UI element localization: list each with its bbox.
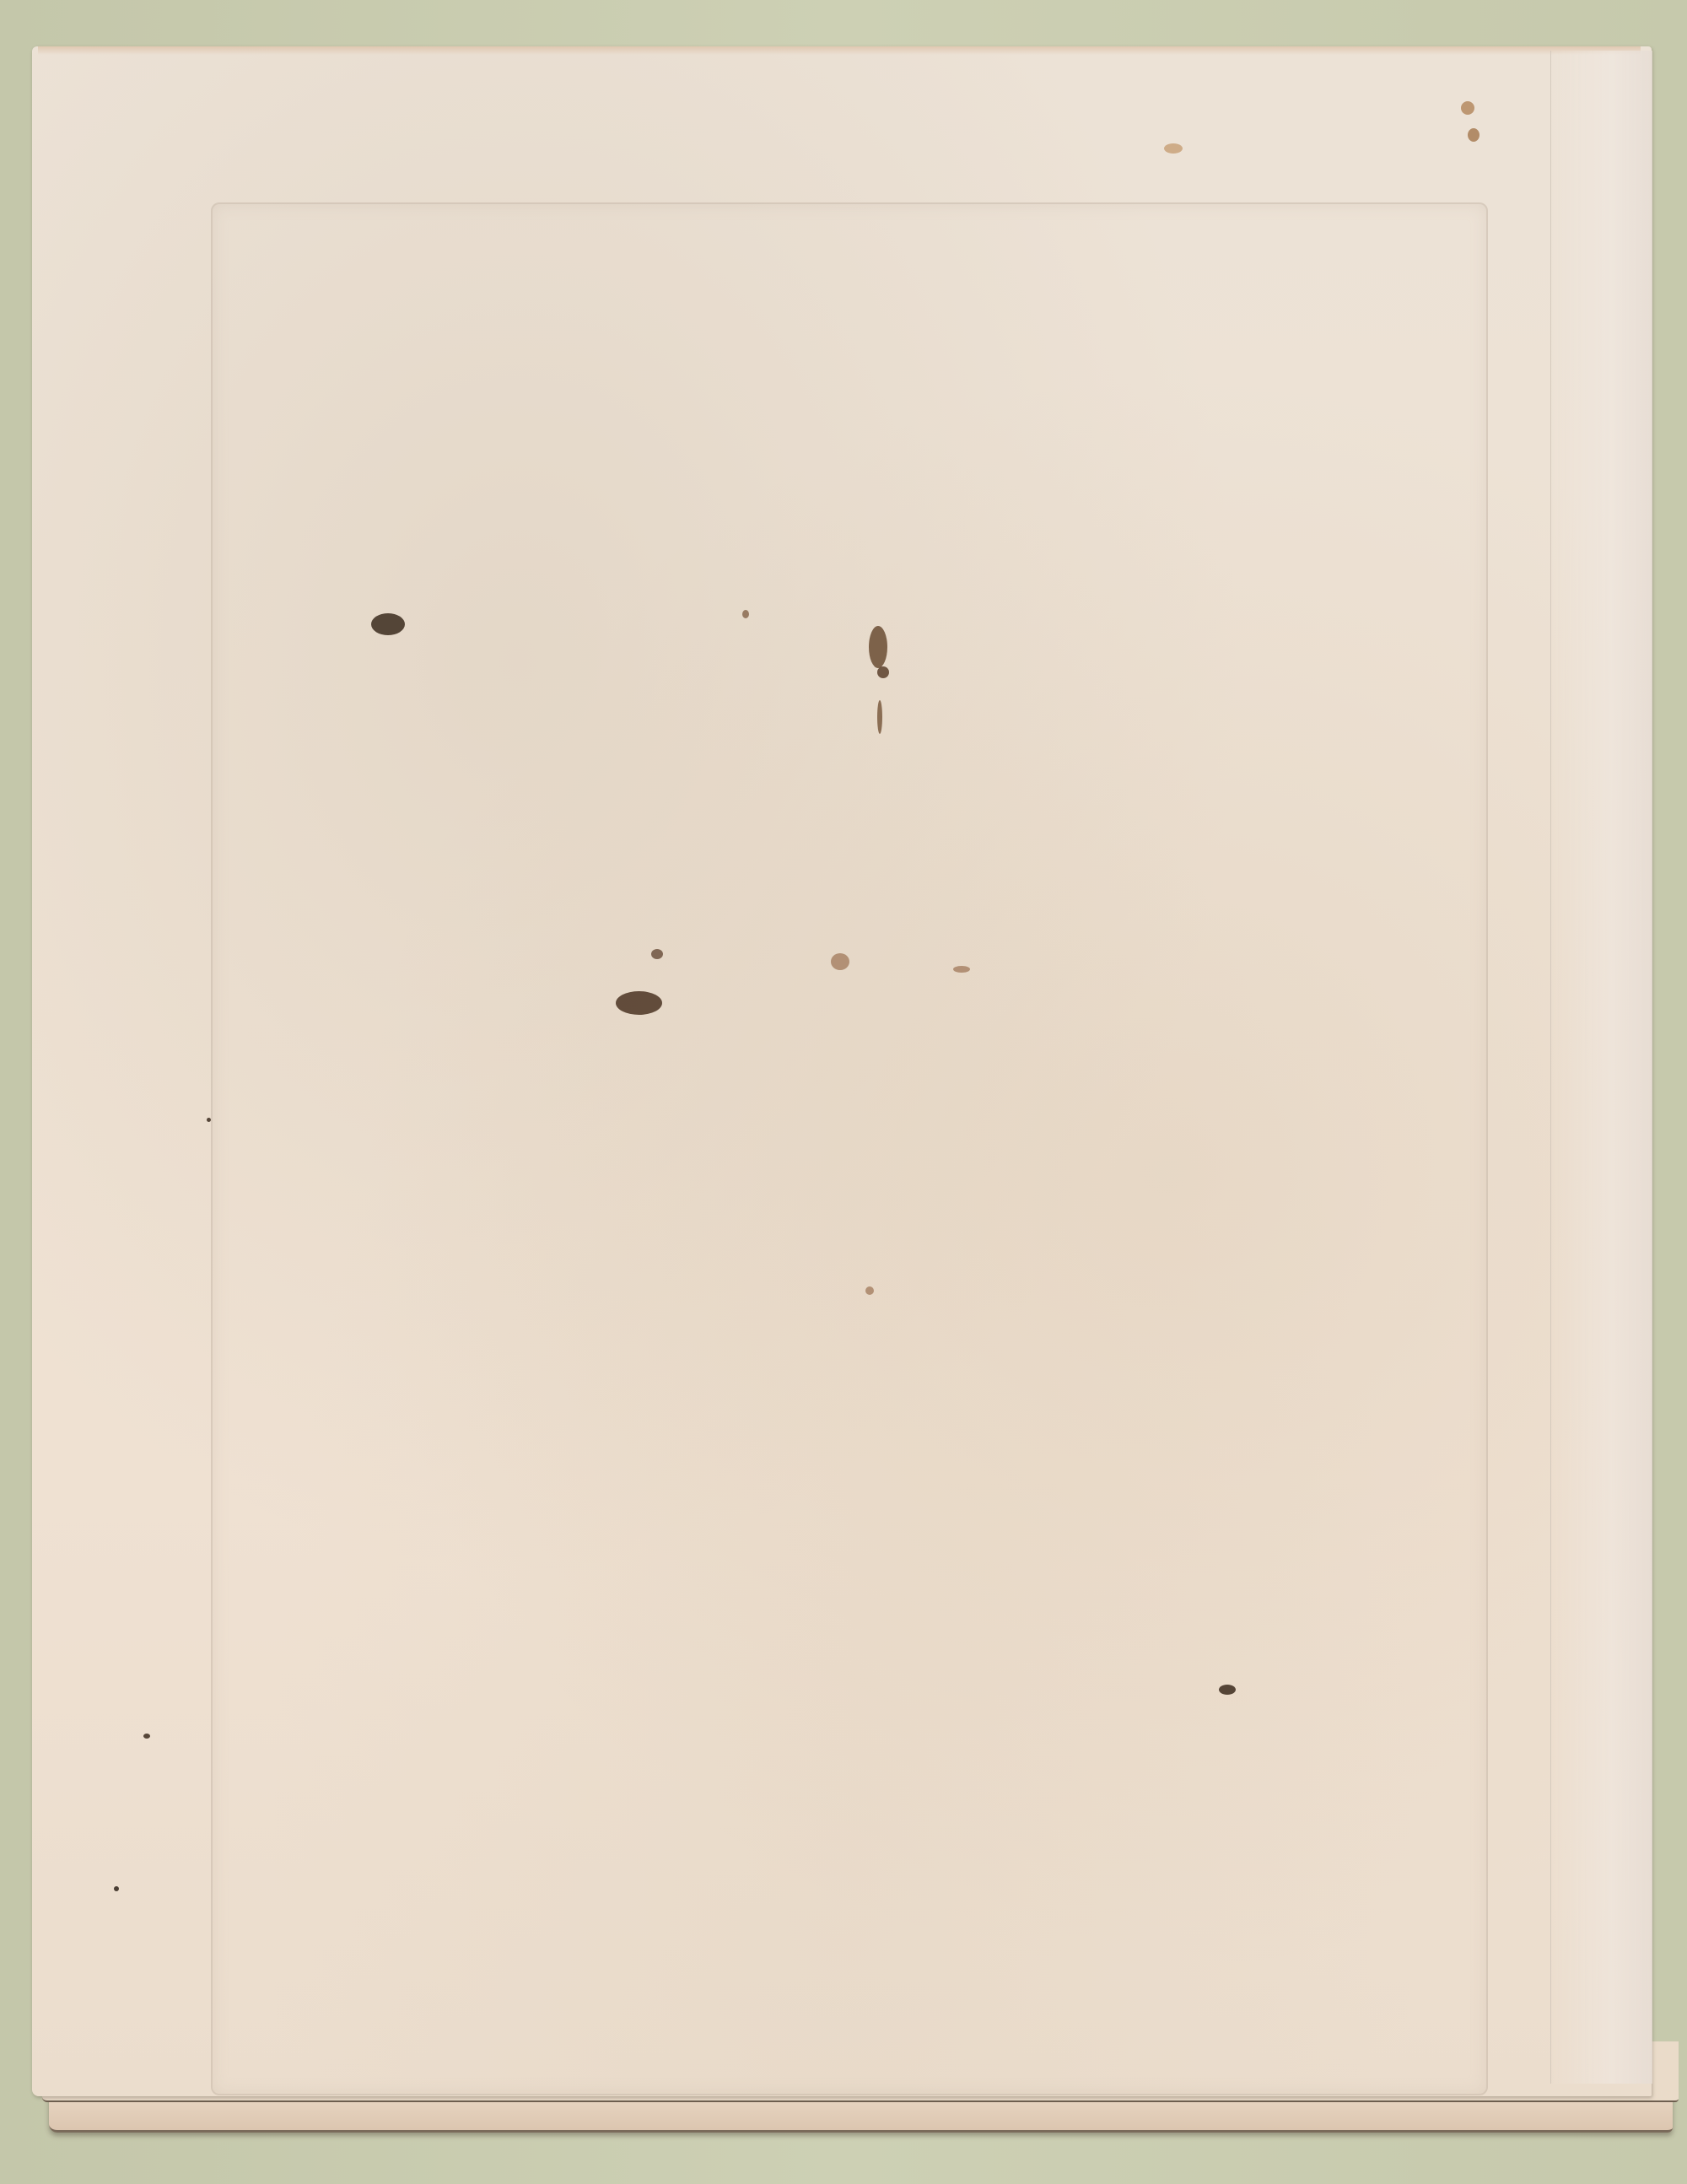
stain-spot	[877, 666, 889, 678]
stain-spot	[831, 953, 849, 970]
stain-spot	[616, 991, 662, 1015]
stain-spot	[1164, 143, 1183, 154]
stain-spot	[1461, 101, 1474, 115]
stain-spot	[869, 626, 887, 668]
plate-mark	[211, 202, 1488, 2095]
stain-spot	[742, 610, 749, 618]
leaf-right-margin-fold	[1550, 51, 1652, 2084]
stain-spot	[114, 1886, 119, 1891]
stain-spot	[865, 1286, 874, 1295]
stain-spot	[877, 700, 882, 734]
stain-spot	[371, 613, 405, 635]
stain-spot	[143, 1734, 150, 1739]
stain-spot	[1468, 128, 1479, 142]
leaf-top-edge	[38, 46, 1641, 55]
stain-spot	[953, 966, 970, 973]
stain-spot	[207, 1118, 211, 1122]
stain-spot	[1219, 1685, 1236, 1695]
stain-spot	[651, 949, 663, 959]
